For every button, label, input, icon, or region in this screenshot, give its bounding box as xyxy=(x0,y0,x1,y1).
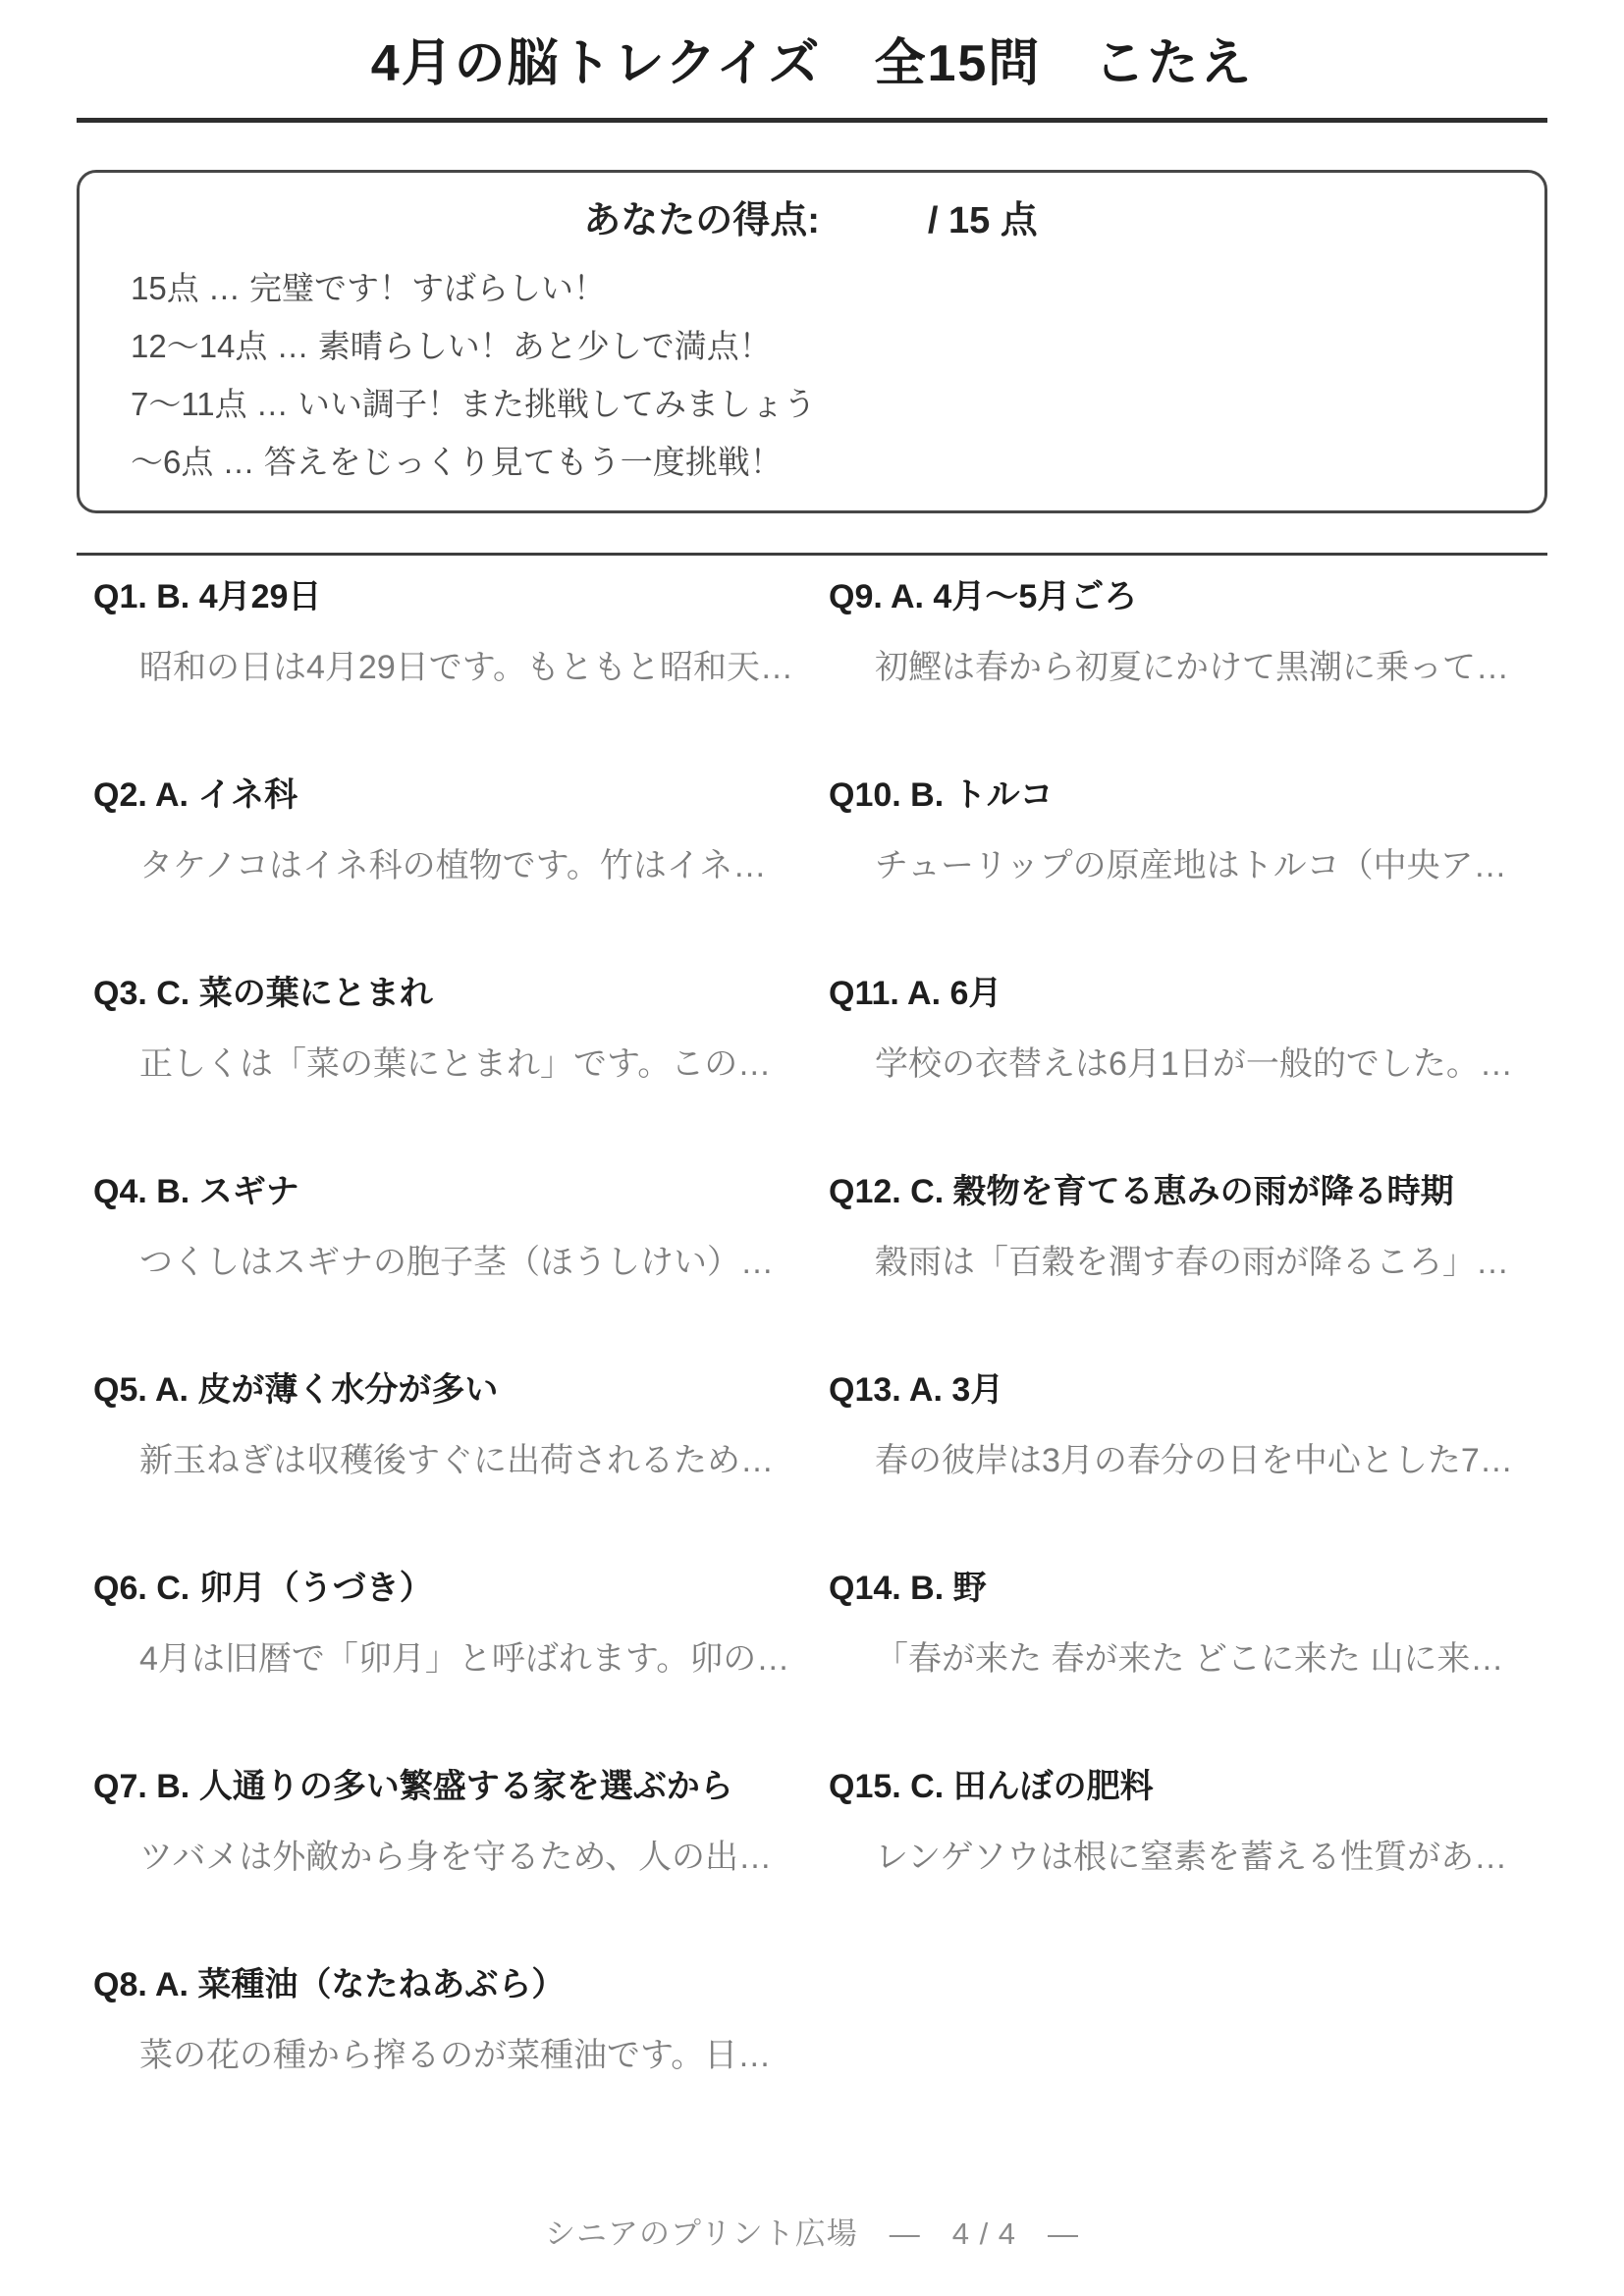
qa-item-q9: Q9. A. 4月〜5月ごろ 初鰹は春から初夏にかけて黒潮に乗って… xyxy=(829,577,1547,775)
answer-explanation: 4月は旧暦で「卯月」と呼ばれます。卯の… xyxy=(93,1639,829,1679)
qa-item-q5: Q5. A. 皮が薄く水分が多い 新玉ねぎは収穫後すぐに出荷されるため… xyxy=(93,1370,829,1569)
qa-item-q2: Q2. A. イネ科 タケノコはイネ科の植物です。竹はイネ… xyxy=(93,775,829,974)
answer-line: Q3. C. 菜の葉にとまれ xyxy=(93,974,829,1013)
answer-line: Q13. A. 3月 xyxy=(829,1370,1547,1410)
answer-explanation: 春の彼岸は3月の春分の日を中心とした7… xyxy=(829,1441,1547,1480)
page-footer: シニアのプリント広場 ― 4 / 4 ― xyxy=(0,2209,1624,2253)
qa-item-q3: Q3. C. 菜の葉にとまれ 正しくは「菜の葉にとまれ」です。この… xyxy=(93,974,829,1172)
answer-explanation: つくしはスギナの胞子茎（ほうしけい）… xyxy=(93,1243,829,1282)
score-line: あなたの得点: / 15 点 xyxy=(131,198,1490,243)
score-box: あなたの得点: / 15 点 15点 … 完璧です！すばらしい！ 12〜14点 … xyxy=(77,170,1547,513)
qa-item-q12: Q12. C. 穀物を育てる恵みの雨が降る時期 穀雨は「百穀を潤す春の雨が降るこ… xyxy=(829,1172,1547,1370)
page: 4月の脳トレクイズ 全15問 こたえ あなたの得点: / 15 点 15点 … … xyxy=(0,0,1624,2296)
answer-line: Q15. C. 田んぼの肥料 xyxy=(829,1767,1547,1806)
score-range-line-4: 〜6点 … 答えをじっくり見てもう一度挑戦！ xyxy=(131,433,1490,491)
qa-column-left: Q1. B. 4月29日 昭和の日は4月29日です。もともと昭和天… Q2. A… xyxy=(93,577,829,2163)
answer-explanation: 正しくは「菜の葉にとまれ」です。この… xyxy=(93,1044,829,1084)
score-range-line-2: 12〜14点 … 素晴らしい！あと少しで満点！ xyxy=(131,317,1490,375)
answer-line: Q9. A. 4月〜5月ごろ xyxy=(829,577,1547,616)
qa-item-q13: Q13. A. 3月 春の彼岸は3月の春分の日を中心とした7… xyxy=(829,1370,1547,1569)
answer-line: Q5. A. 皮が薄く水分が多い xyxy=(93,1370,829,1410)
answer-line: Q8. A. 菜種油（なたねあぶら） xyxy=(93,1965,829,2004)
answer-explanation: 「春が来た 春が来た どこに来た 山に来… xyxy=(829,1639,1547,1679)
title-rule xyxy=(77,118,1547,123)
answer-line: Q1. B. 4月29日 xyxy=(93,577,829,616)
qa-item-q4: Q4. B. スギナ つくしはスギナの胞子茎（ほうしけい）… xyxy=(93,1172,829,1370)
score-range-line-3: 7〜11点 … いい調子！また挑戦してみましょう xyxy=(131,375,1490,433)
answer-explanation: 初鰹は春から初夏にかけて黒潮に乗って… xyxy=(829,648,1547,687)
qa-item-q10: Q10. B. トルコ チューリップの原産地はトルコ（中央ア… xyxy=(829,775,1547,974)
answer-explanation: 新玉ねぎは収穫後すぐに出荷されるため… xyxy=(93,1441,829,1480)
score-total: / 15 点 xyxy=(928,198,1038,243)
answer-line: Q4. B. スギナ xyxy=(93,1172,829,1211)
answer-line: Q2. A. イネ科 xyxy=(93,775,829,815)
qa-item-q6: Q6. C. 卯月（うづき） 4月は旧暦で「卯月」と呼ばれます。卯の… xyxy=(93,1569,829,1767)
qa-item-q11: Q11. A. 6月 学校の衣替えは6月1日が一般的でした。… xyxy=(829,974,1547,1172)
score-label: あなたの得点: xyxy=(583,198,820,243)
answer-explanation: チューリップの原産地はトルコ（中央ア… xyxy=(829,846,1547,885)
answer-line: Q12. C. 穀物を育てる恵みの雨が降る時期 xyxy=(829,1172,1547,1211)
answer-explanation: 菜の花の種から搾るのが菜種油です。日… xyxy=(93,2036,829,2075)
qa-item-q14: Q14. B. 野 「春が来た 春が来た どこに来た 山に来… xyxy=(829,1569,1547,1767)
section-divider xyxy=(77,553,1547,556)
qa-item-q1: Q1. B. 4月29日 昭和の日は4月29日です。もともと昭和天… xyxy=(93,577,829,775)
answer-explanation: 穀雨は「百穀を潤す春の雨が降るころ」… xyxy=(829,1243,1547,1282)
answer-explanation: 学校の衣替えは6月1日が一般的でした。… xyxy=(829,1044,1547,1084)
answer-line: Q7. B. 人通りの多い繁盛する家を選ぶから xyxy=(93,1767,829,1806)
answer-line: Q6. C. 卯月（うづき） xyxy=(93,1569,829,1608)
answer-explanation: ツバメは外敵から身を守るため、人の出… xyxy=(93,1838,829,1877)
qa-item-q8: Q8. A. 菜種油（なたねあぶら） 菜の花の種から搾るのが菜種油です。日… xyxy=(93,1965,829,2163)
answer-explanation: タケノコはイネ科の植物です。竹はイネ… xyxy=(93,846,829,885)
qa-item-q7: Q7. B. 人通りの多い繁盛する家を選ぶから ツバメは外敵から身を守るため、人… xyxy=(93,1767,829,1965)
answer-explanation: レンゲソウは根に窒素を蓄える性質があ… xyxy=(829,1838,1547,1877)
answer-explanation: 昭和の日は4月29日です。もともと昭和天… xyxy=(93,648,829,687)
answer-line: Q11. A. 6月 xyxy=(829,974,1547,1013)
page-title: 4月の脳トレクイズ 全15問 こたえ xyxy=(0,0,1624,94)
qa-column-right: Q9. A. 4月〜5月ごろ 初鰹は春から初夏にかけて黒潮に乗って… Q10. … xyxy=(829,577,1547,2163)
answer-line: Q10. B. トルコ xyxy=(829,775,1547,815)
qa-columns: Q1. B. 4月29日 昭和の日は4月29日です。もともと昭和天… Q2. A… xyxy=(93,577,1547,2163)
answer-line: Q14. B. 野 xyxy=(829,1569,1547,1608)
score-range-line-1: 15点 … 完璧です！すばらしい！ xyxy=(131,259,1490,317)
qa-item-q15: Q15. C. 田んぼの肥料 レンゲソウは根に窒素を蓄える性質があ… xyxy=(829,1767,1547,1965)
